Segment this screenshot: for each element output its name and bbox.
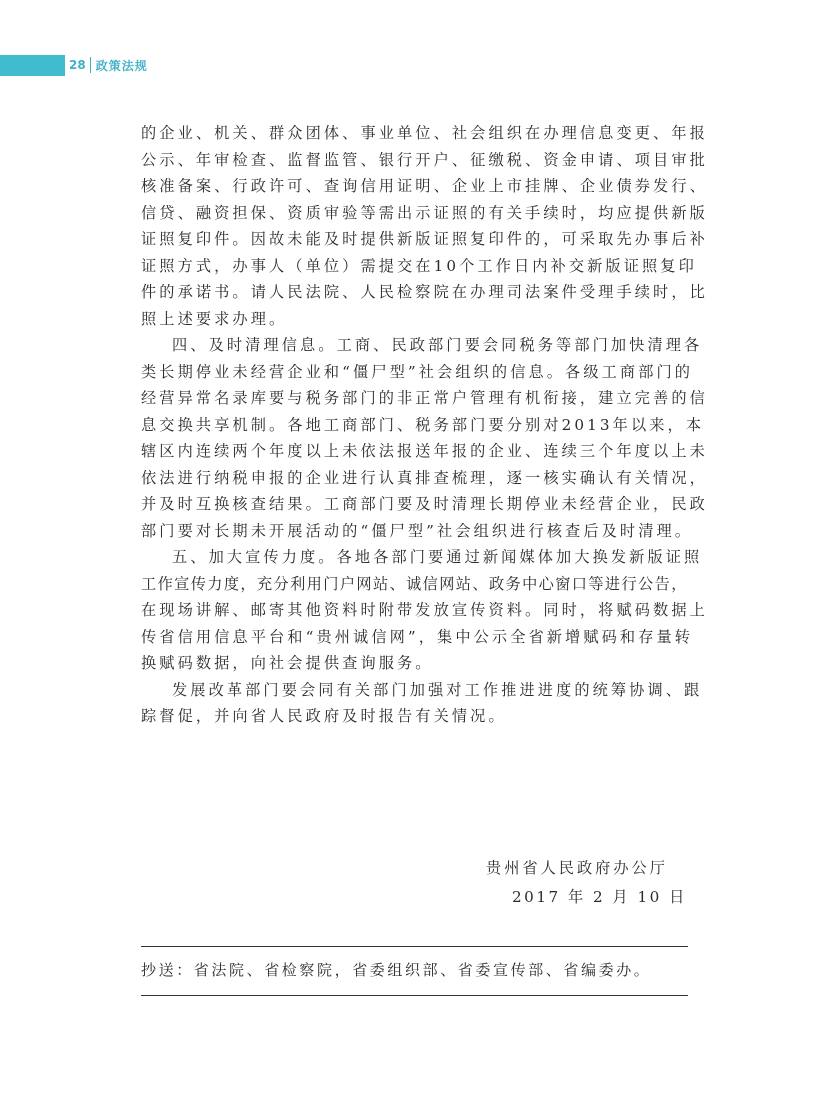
text-line: 信贷、融资担保、资质审验等需出示证照的有关手续时，均应提供新版 <box>141 200 687 227</box>
text-line: 证照方式，办事人（单位）需提交在10个工作日内补交新版证照复印 <box>141 253 687 280</box>
text-line: 踪督促，并向省人民政府及时报告有关情况。 <box>141 703 687 730</box>
text-line: 四、及时清理信息。工商、民政部门要会同税务等部门加快清理各 <box>141 332 687 359</box>
text-line: 依法进行纳税申报的企业进行认真排查梳理，逐一核实确认有关情况， <box>141 465 687 492</box>
paragraph: 五、加大宣传力度。各地各部门要通过新闻媒体加大换发新版证照 工作宣传力度，充分利… <box>141 544 687 677</box>
text-line: 息交换共享机制。各地工商部门、税务部门要分别对2013年以来，本 <box>141 412 687 439</box>
text-line: 五、加大宣传力度。各地各部门要通过新闻媒体加大换发新版证照 <box>141 544 687 571</box>
paragraph: 四、及时清理信息。工商、民政部门要会同税务等部门加快清理各 类长期停业未经营企业… <box>141 332 687 544</box>
cc-line: 抄送：省法院、省检察院，省委组织部、省委宣传部、省编委办。 <box>141 959 651 980</box>
text-line: 件的承诺书。请人民法院、人民检察院在办理司法案件受理手续时，比 <box>141 279 687 306</box>
divider-bottom <box>141 995 688 996</box>
text-line: 换赋码数据，向社会提供查询服务。 <box>141 650 687 677</box>
document-body: 的企业、机关、群众团体、事业单位、社会组织在办理信息变更、年报 公示、年审检查、… <box>141 120 687 730</box>
divider-top <box>141 946 688 947</box>
text-line: 发展改革部门要会同有关部门加强对工作推进进度的统筹协调、跟 <box>141 677 687 704</box>
page-header: 28 政策法规 <box>0 54 148 76</box>
text-line: 照上述要求办理。 <box>141 306 687 333</box>
text-line: 核准备案、行政许可、查询信用证明、企业上市挂牌、企业债券发行、 <box>141 173 687 200</box>
header-divider <box>90 57 91 73</box>
page-number: 28 <box>69 58 86 72</box>
paragraph: 发展改革部门要会同有关部门加强对工作推进进度的统筹协调、跟 踪督促，并向省人民政… <box>141 677 687 730</box>
text-line: 并及时互换核查结果。工商部门要及时清理长期停业未经营企业，民政 <box>141 491 687 518</box>
text-line: 传省信用信息平台和“贵州诚信网”，集中公示全省新增赋码和存量转 <box>141 624 687 651</box>
signature-date: 2017 年 2 月 10 日 <box>512 886 687 907</box>
text-line: 经营异常名录库要与税务部门的非正常户管理有机衔接，建立完善的信 <box>141 385 687 412</box>
text-line: 工作宣传力度，充分利用门户网站、诚信网站、政务中心窗口等进行公告， <box>141 571 687 598</box>
text-line: 部门要对长期未开展活动的“僵尸型”社会组织进行核查后及时清理。 <box>141 518 687 545</box>
text-line: 在现场讲解、邮寄其他资料时附带发放宣传资料。同时，将赋码数据上 <box>141 597 687 624</box>
text-line: 辖区内连续两个年度以上未依法报送年报的企业、连续三个年度以上未 <box>141 438 687 465</box>
text-line: 公示、年审检查、监督监管、银行开户、征缴税、资金申请、项目审批 <box>141 147 687 174</box>
section-title: 政策法规 <box>96 57 148 74</box>
text-line: 证照复印件。因故未能及时提供新版证照复印件的，可采取先办事后补 <box>141 226 687 253</box>
text-line: 的企业、机关、群众团体、事业单位、社会组织在办理信息变更、年报 <box>141 120 687 147</box>
signature-organization: 贵州省人民政府办公厅 <box>486 857 668 878</box>
text-line: 类长期停业未经营企业和“僵尸型”社会组织的信息。各级工商部门的 <box>141 359 687 386</box>
paragraph: 的企业、机关、群众团体、事业单位、社会组织在办理信息变更、年报 公示、年审检查、… <box>141 120 687 332</box>
header-accent-bar <box>0 55 65 76</box>
